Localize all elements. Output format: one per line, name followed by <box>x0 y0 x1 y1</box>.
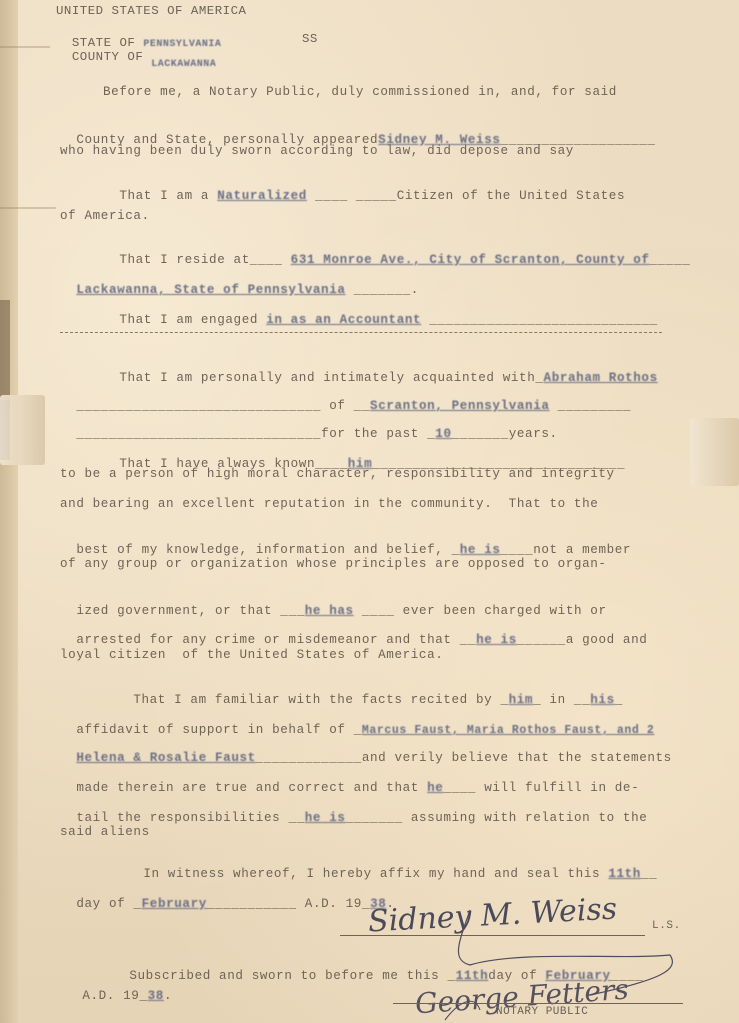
citizen-suffix: Citizen of the United States <box>397 189 625 203</box>
character-line-1: to be a person of high moral character, … <box>60 466 615 482</box>
county-value: LACKAWANNA <box>151 59 216 70</box>
witness-month-field: February <box>142 897 207 911</box>
paper-crease <box>0 46 50 48</box>
jurat-year-line: A.D. 19_38. <box>66 972 172 1004</box>
witness-date-line: day of _February___________ A.D. 19_38. <box>60 880 395 912</box>
paper-crease <box>0 207 56 209</box>
witness-day-field: 11th <box>608 867 641 881</box>
responsibilities-line: tail the responsibilities __he is_______… <box>60 794 647 826</box>
character-line-7: loyal citizen of the United States of Am… <box>60 647 443 663</box>
fulfill-field: he <box>427 781 443 795</box>
fulfill-suffix: will fulfill in de- <box>484 781 639 795</box>
assuming-label: assuming with relation to the <box>411 811 648 825</box>
reside-label: That I reside at <box>119 253 250 267</box>
character-line-2: and bearing an excellent reputation in t… <box>60 496 598 512</box>
is-field-2: he is <box>476 633 517 647</box>
in-label: in <box>549 693 565 707</box>
jurat-end: . <box>164 989 172 1003</box>
citizen-line-2: of America. <box>60 208 150 224</box>
header-ss: SS <box>302 31 318 47</box>
character-line-4: of any group or organization whose princ… <box>60 556 607 572</box>
intro-line-1: Before me, a Notary Public, duly commiss… <box>103 84 617 100</box>
jurat-year-field: 38 <box>148 989 164 1003</box>
for-past-label: for the past <box>321 427 419 441</box>
aliens-line: said aliens <box>60 824 150 840</box>
is-field-1: he is <box>460 543 501 557</box>
fulfill-label: made therein are true and correct and th… <box>76 781 419 795</box>
good-label: a good and <box>566 633 648 647</box>
day-of-label: day of <box>76 897 125 911</box>
blank-rule <box>60 332 662 333</box>
recited-in-field: his <box>590 693 614 707</box>
torn-edge-left <box>0 395 45 465</box>
years-suffix: years. <box>509 427 558 441</box>
years-line: ______________________________for the pa… <box>60 410 558 442</box>
responsibilities-label: tail the responsibilities <box>76 811 280 825</box>
subscribed-label: Subscribed and sworn to before me this <box>129 969 439 983</box>
header-country: UNITED STATES OF AMERICA <box>56 3 246 19</box>
not-member-label: not a member <box>533 543 631 557</box>
engaged-line: That I am engaged in as an Accountant __… <box>103 296 658 328</box>
county-label: COUNTY OF <box>72 50 143 64</box>
address-field-2: Lackawanna, State of Pennsylvania <box>76 283 345 297</box>
citizen-type-field: Naturalized <box>217 189 307 203</box>
arrested-label: arrested for any crime or misdemeanor an… <box>76 633 451 647</box>
years-field: 10 <box>435 427 451 441</box>
character-line-5: ized government, or that ___he has ____ … <box>60 587 607 619</box>
occupation-field: in as an Accountant <box>266 313 421 327</box>
torn-edge-right <box>690 418 739 486</box>
character-line-3: best of my knowledge, information and be… <box>60 526 631 558</box>
believe-label: and verily believe that the statements <box>362 751 672 765</box>
signature-flourish <box>440 900 700 1023</box>
witness-label: In witness whereof, I hereby affix my ha… <box>143 867 600 881</box>
belief-label: best of my knowledge, information and be… <box>76 543 443 557</box>
reside-end: . <box>411 283 419 297</box>
page-left-edge <box>0 0 18 1023</box>
recited-by-field: him <box>509 693 533 707</box>
citizen-line: That I am a Naturalized ____ _____Citize… <box>103 172 625 204</box>
intro-line-3: who having been duly sworn according to … <box>60 143 574 159</box>
behalf-line-2: Helena & Rosalie Faust_____________and v… <box>60 734 672 766</box>
reside-line-2: Lackawanna, State of Pennsylvania ______… <box>60 266 419 298</box>
responsibilities-field: he is <box>305 811 346 825</box>
citizen-label: That I am a <box>119 189 209 203</box>
header-county: COUNTY OF LACKAWANNA <box>56 33 216 67</box>
witness-line: In witness whereof, I hereby affix my ha… <box>127 850 657 882</box>
beneficiaries-field-2: Helena & Rosalie Faust <box>76 751 255 765</box>
jurat-ad-label: A.D. 19 <box>82 989 139 1003</box>
ad-label: A.D. 19 <box>305 897 362 911</box>
character-line-6: arrested for any crime or misdemeanor an… <box>60 616 647 648</box>
engaged-label: That I am engaged <box>119 313 258 327</box>
familiar-line: That I am familiar with the facts recite… <box>117 676 623 708</box>
familiar-label: That I am familiar with the facts recite… <box>133 693 492 707</box>
address-field-1: 631 Monroe Ave., City of Scranton, Count… <box>291 253 650 267</box>
reside-line: That I reside at____ 631 Monroe Ave., Ci… <box>103 236 690 268</box>
fulfill-line: made therein are true and correct and th… <box>60 764 639 796</box>
edge-shadow <box>0 300 10 410</box>
